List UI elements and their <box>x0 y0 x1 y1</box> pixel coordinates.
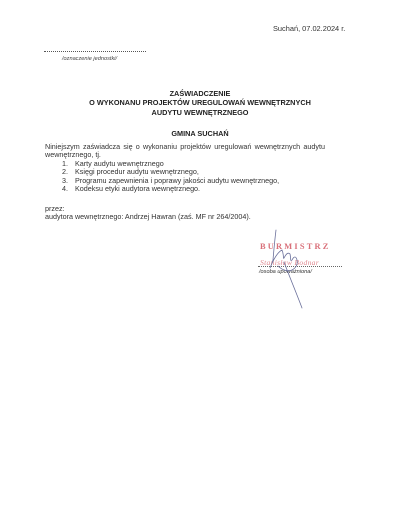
list-item: 4. Kodeksu etyki audytora wewnętrznego. <box>55 185 279 193</box>
regulations-list: 1. Karty audytu wewnętrznego 2. Księgi p… <box>55 160 279 194</box>
handwritten-signature-icon <box>262 228 322 310</box>
municipality-subtitle: GMINA SUCHAŃ <box>0 129 400 138</box>
place-date: Suchań, 07.02.2024 r. <box>273 24 345 33</box>
intro-paragraph: Niniejszym zaświadcza się o wykonaniu pr… <box>45 143 325 160</box>
list-number: 4. <box>55 185 68 193</box>
title-line-2: O WYKONANU PROJEKTÓW UREGULOWAŃ WEWNĘTRZ… <box>0 98 400 107</box>
list-text: Kodeksu etyki audytora wewnętrznego. <box>75 185 200 193</box>
title-line-1: ZAŚWIADCZENIE <box>0 89 400 98</box>
document-title: ZAŚWIADCZENIE O WYKONANU PROJEKTÓW UREGU… <box>0 89 400 117</box>
unit-dotted-line <box>44 49 146 52</box>
title-line-3: AUDYTU WEWNĘTRZNEGO <box>0 108 400 117</box>
auditor-line: audytora wewnętrznego: Andrzej Hawran (z… <box>45 212 251 221</box>
unit-label: /oznaczenie jednostki/ <box>62 56 117 62</box>
